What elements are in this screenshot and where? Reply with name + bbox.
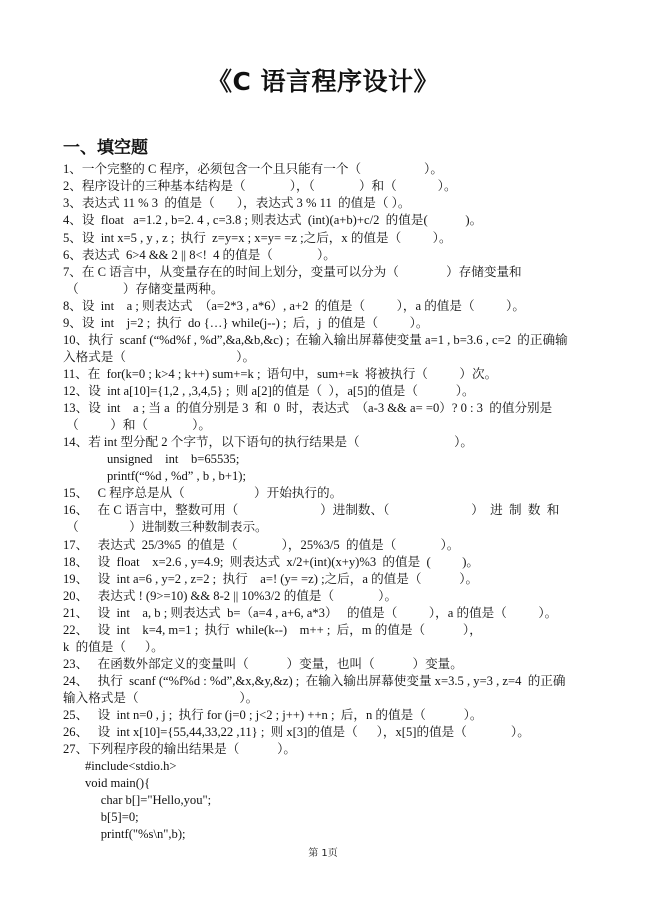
question-2: 2、程序设计的三种基本结构是（ ），（ ）和（ ）。 xyxy=(63,178,457,194)
question-9: 9、设 int j=2 ; 执行 do {…} while(j--) ; 后，j… xyxy=(63,315,429,331)
code-q27-line-5: printf("%s\n",b); xyxy=(85,826,186,842)
question-16: 16、 在 C 语言中，整数可用（ ）进制数、（ ） 进 制 数 和 xyxy=(63,502,559,518)
question-13: 13、设 int a ; 当 a 的值分别是 3 和 0 时，表达式 （a-3 … xyxy=(63,400,552,416)
question-27: 27、下列程序段的输出结果是（ ）。 xyxy=(63,741,296,757)
question-15: 15、 C 程序总是从（ ）开始执行的。 xyxy=(63,485,342,501)
question-17: 17、 表达式 25/3%5 的值是（ ），25%3/5 的值是（ ）。 xyxy=(63,537,459,553)
code-q27-line-2: void main(){ xyxy=(85,775,150,791)
question-19: 19、 设 int a=6 , y=2 , z=2 ; 执行 a=! (y= =… xyxy=(63,571,478,587)
code-q14-line-1: unsigned int b=65535; xyxy=(107,451,239,467)
question-21: 21、 设 int a, b ; 则表达式 b=（a=4 , a+6, a*3）… xyxy=(63,605,557,621)
document-title: 《C 语言程序设计》 xyxy=(0,62,646,98)
code-q14-line-2: printf(“%d , %d” , b , b+1); xyxy=(107,468,246,484)
question-25: 25、 设 int n=0 , j ; 执行 for (j=0 ; j<2 ; … xyxy=(63,707,482,723)
question-24: 24、 执行 scanf (“%f%d : %d”,&x,&y,&z) ; 在输… xyxy=(63,673,565,689)
question-7: 7、在 C 语言中，从变量存在的时间上划分，变量可以分为（ ）存储变量和 xyxy=(63,264,522,280)
question-7-cont: （ ）存储变量两种。 xyxy=(63,281,224,297)
question-5: 5、设 int x=5 , y , z ; 执行 z=y=x ; x=y= =z… xyxy=(63,230,452,246)
question-13-cont: （ ）和（ ）。 xyxy=(63,417,211,433)
question-22: 22、 设 int k=4, m=1 ; 执行 while(k--) m++ ;… xyxy=(63,622,482,638)
question-12: 12、设 int a[10]={1,2 , ,3,4,5} ; 则 a[2]的值… xyxy=(63,383,475,399)
question-24-cont: 输入格式是（ ）。 xyxy=(63,690,258,706)
question-16-cont: （ ）进制数三种数制表示。 xyxy=(63,519,268,535)
question-23: 23、 在函数外部定义的变量叫（ ）变量，也叫（ ）变量。 xyxy=(63,656,463,672)
code-q27-line-4: b[5]=0; xyxy=(85,809,139,825)
question-26: 26、 设 int x[10]={55,44,33,22 ,11} ; 则 x[… xyxy=(63,724,530,740)
question-8: 8、设 int a ; 则表达式 （a=2*3 , a*6）, a+2 的值是（… xyxy=(63,298,525,314)
section-heading: 一、填空题 xyxy=(63,133,148,158)
code-q27-line-1: #include<stdio.h> xyxy=(85,758,177,774)
question-1: 1、一个完整的 C 程序，必须包含一个且只能有一个（ ）。 xyxy=(63,161,443,177)
page-number: 第 1页 xyxy=(0,844,646,859)
question-22-cont: k 的值是（ ）。 xyxy=(63,639,164,655)
question-14: 14、若 int 型分配 2 个字节，以下语句的执行结果是（ ）。 xyxy=(63,434,473,450)
question-11: 11、在 for(k=0 ; k>4 ; k++) sum+=k ; 语句中，s… xyxy=(63,366,497,382)
question-18: 18、 设 float x=2.6 , y=4.9; 则表达式 x/2+(int… xyxy=(63,554,479,570)
document-page: 《C 语言程序设计》 一、填空题 1、一个完整的 C 程序，必须包含一个且只能有… xyxy=(0,0,646,907)
question-6: 6、表达式 6>4 && 2 || 8<! 4 的值是（ ）。 xyxy=(63,247,336,263)
question-10: 10、执行 scanf (“%d%f , %d”,&a,&b,&c) ; 在输入… xyxy=(63,332,568,348)
question-10-cont: 入格式是（ ）。 xyxy=(63,349,255,365)
question-20: 20、 表达式 ! (9>=10) && 8-2 || 10%3/2 的值是（ … xyxy=(63,588,397,604)
code-q27-line-3: char b[]="Hello,you"; xyxy=(85,792,211,808)
question-4: 4、设 float a=1.2 , b=2. 4 , c=3.8 ; 则表达式 … xyxy=(63,212,482,228)
question-3: 3、表达式 11 % 3 的值是（ ），表达式 3 % 11 的值是（ ）。 xyxy=(63,195,410,211)
